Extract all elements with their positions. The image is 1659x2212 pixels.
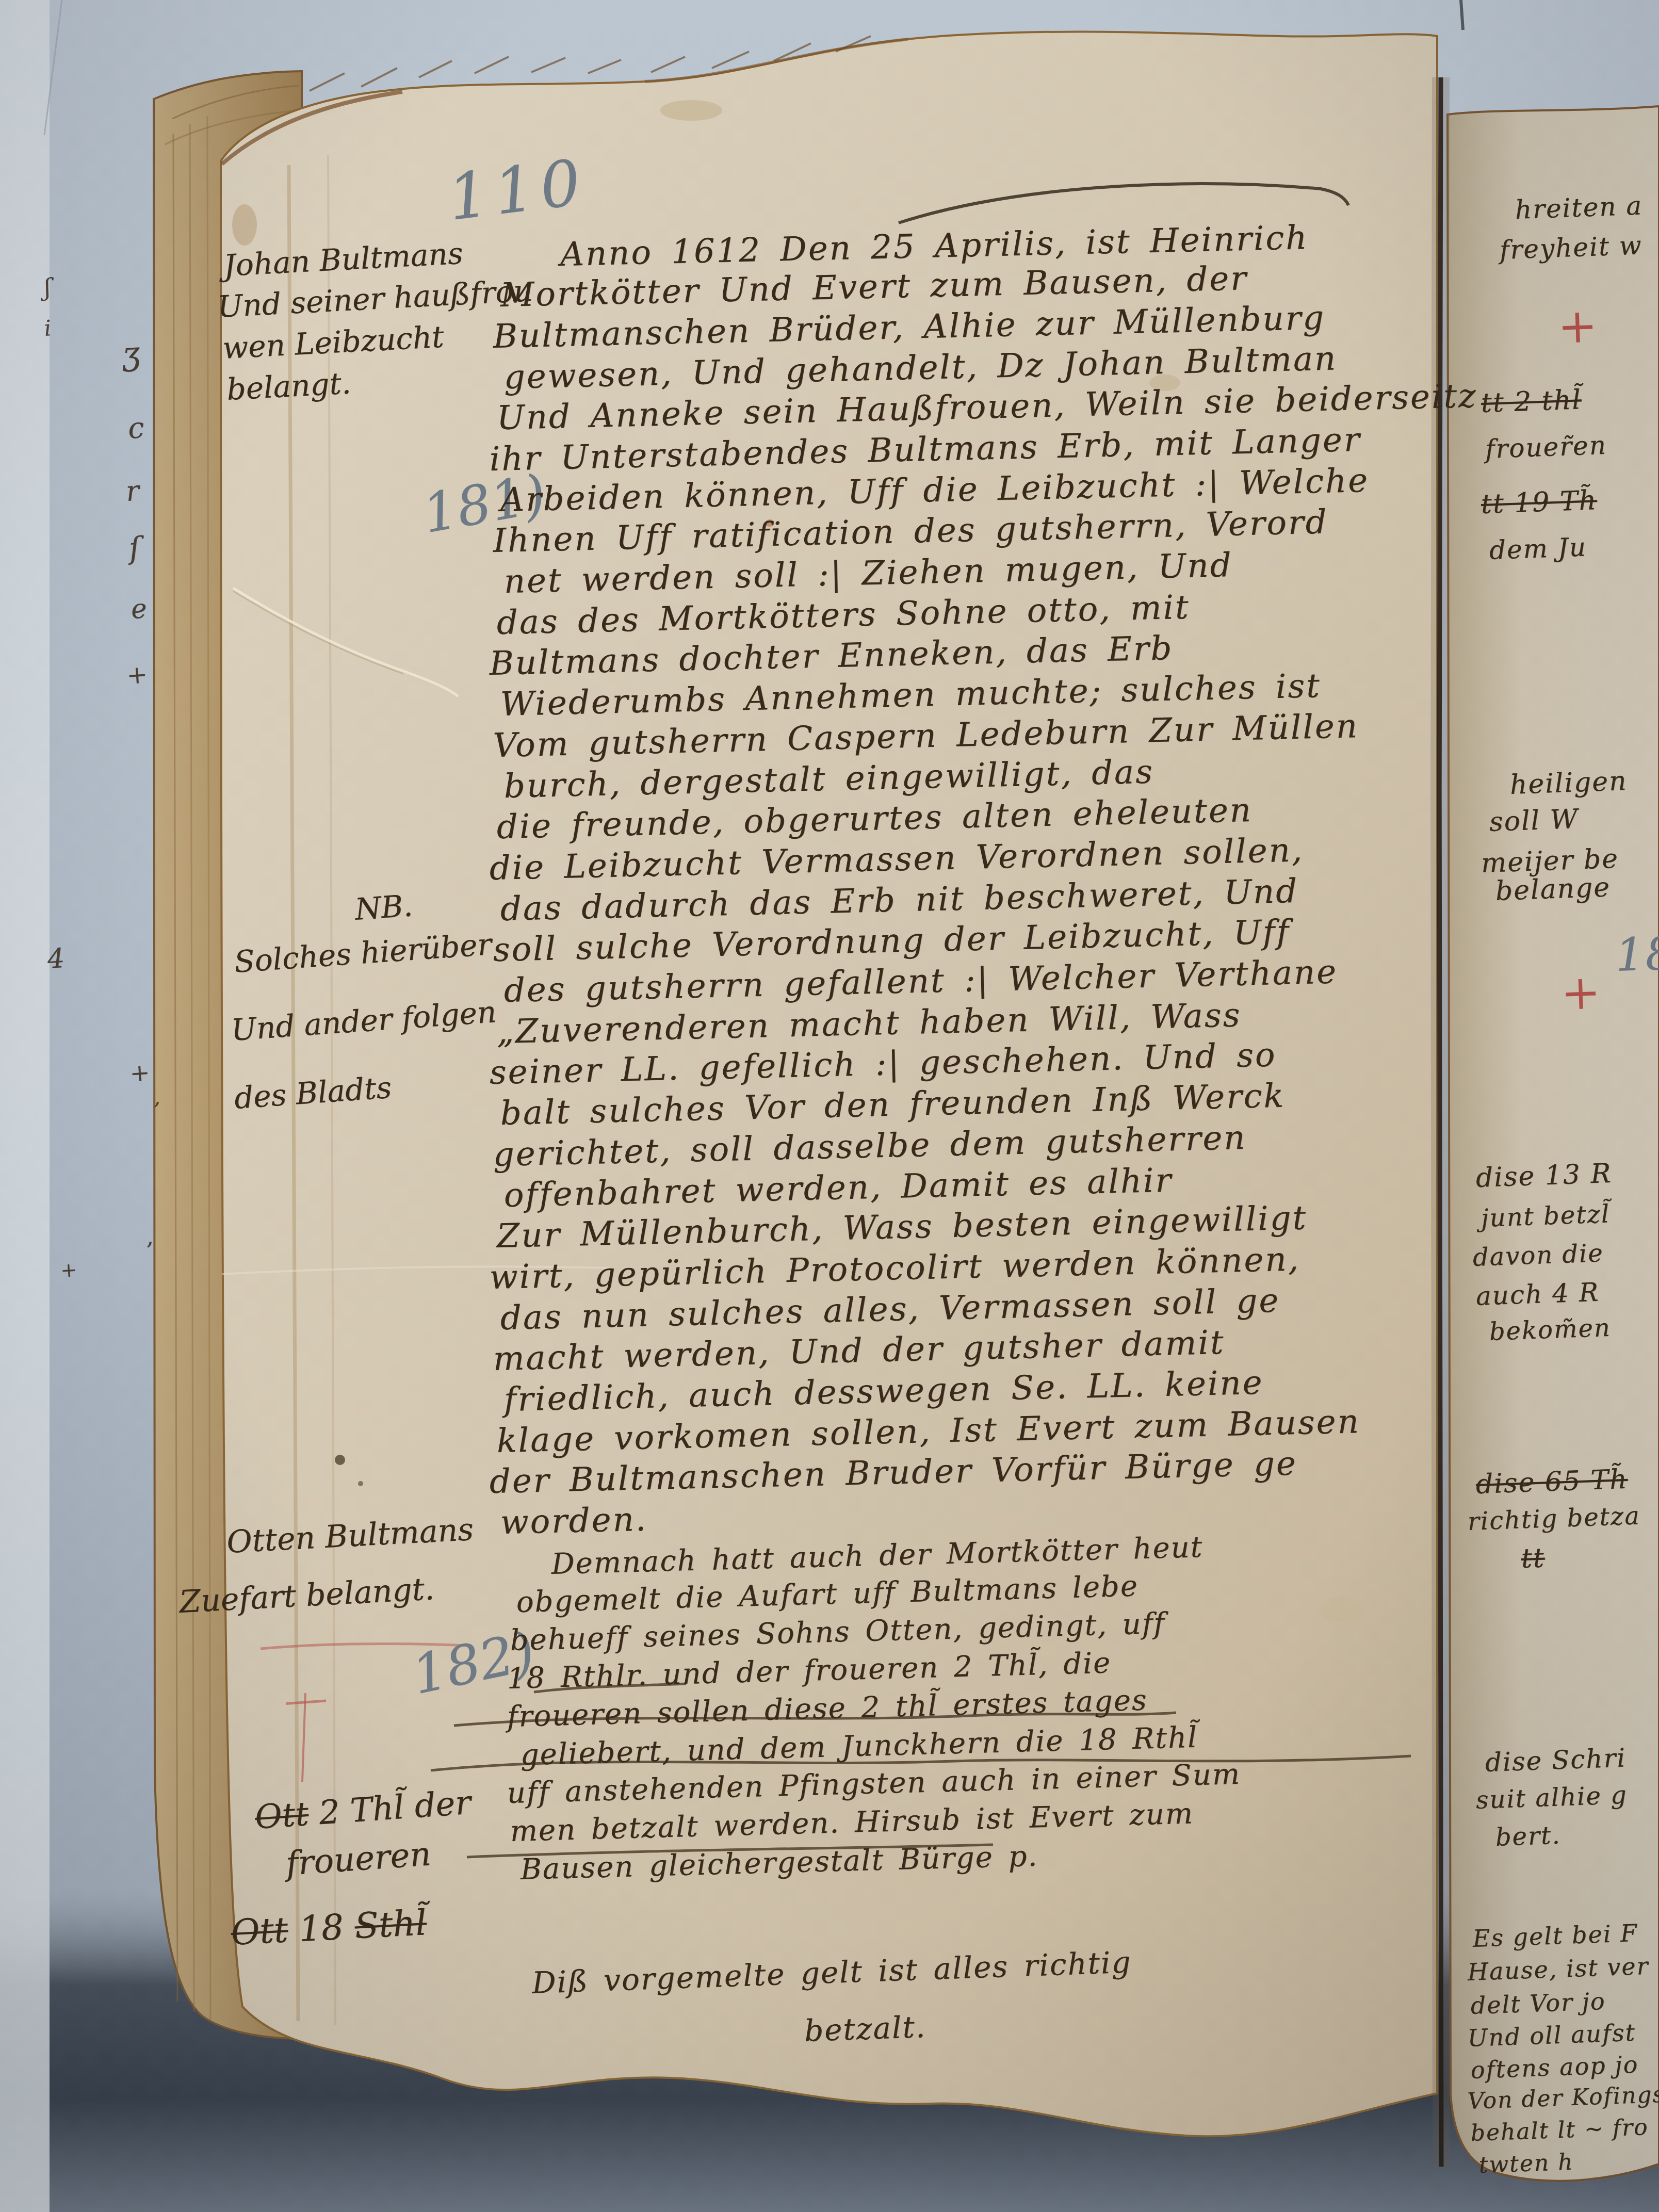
right-page-fragment: behalt lt ~ fro [1470, 2116, 1649, 2145]
fee-2-amount: 18 [287, 1906, 356, 1950]
fee-note-1-line2: froueren [285, 1837, 432, 1880]
edge-ink-mark: + [129, 1060, 151, 1085]
right-page-fragment: bert. [1495, 1823, 1561, 1850]
right-page-fragment: + [1557, 302, 1599, 351]
right-page-fragment: suit alhie g [1475, 1783, 1628, 1813]
edge-ink-mark: 4 [46, 945, 66, 973]
right-page-fragment: belange [1495, 874, 1611, 905]
closing-line: betzalt. [804, 2012, 926, 2046]
page-number-pencil: 110 [445, 150, 590, 230]
edge-ink-mark: ʃ [43, 275, 52, 299]
edge-ink-mark: e [130, 595, 148, 623]
right-page-fragment: dise 13 R [1475, 1160, 1612, 1192]
right-page-fragment: Von der Kofings [1467, 2084, 1659, 2113]
fee-1-struck: Ott [254, 1795, 310, 1837]
fee-2-struck2: Sthl̃ [354, 1902, 428, 1947]
fee-2-struck1: Ott [230, 1910, 289, 1954]
edge-ink-mark: , [153, 1087, 160, 1108]
edge-ink-mark: + [126, 662, 148, 688]
edge-ink-mark: ’ [145, 1240, 154, 1263]
right-page-fragment: + [1560, 968, 1602, 1017]
bookmark-thread [1461, 0, 1463, 30]
right-page-fragment: oftens aop jo [1470, 2053, 1639, 2082]
right-page-fragment: auch 4 R [1475, 1279, 1600, 1309]
edge-ink-mark: r [125, 477, 140, 506]
right-page-fragment: junt betzl̃ [1481, 1201, 1611, 1231]
right-page-fragment: frouer̃en [1485, 432, 1607, 462]
margin-note-top-line: belangt. [226, 368, 352, 404]
right-page-fragment: Es gelt bei F [1472, 1921, 1638, 1950]
edge-ink-mark: ſ [128, 533, 141, 563]
right-page-fragment: dise Schri [1485, 1745, 1627, 1776]
body-line: worden. [500, 1503, 648, 1539]
right-page-fragment: Und oll aufst [1467, 2021, 1636, 2050]
fee-note-2: Ott 18 Sthl̃ [230, 1906, 428, 1951]
right-page-fragment: 18 [1615, 931, 1659, 978]
margin-note-mid-line: NB. [354, 890, 414, 924]
right-page-fragment: delt Vor jo [1470, 1989, 1606, 2018]
right-page-fragment: tt [1521, 1544, 1546, 1572]
right-page-fragment: hreiten a [1515, 192, 1643, 223]
right-page-fragment: richtig betza [1467, 1503, 1641, 1534]
right-page-fragment: dem Ju [1489, 534, 1587, 563]
edge-ink-mark: + [60, 1260, 77, 1280]
edge-ink-mark: i [43, 317, 52, 339]
backdrop-left-strip [0, 0, 50, 2212]
right-page-fragment: Hause, ist ver [1467, 1954, 1649, 1984]
right-page-fragment: dise 65 Th̃ [1475, 1466, 1628, 1498]
right-page-fragment: heiligen [1509, 768, 1628, 799]
edge-ink-mark: ʒ [121, 337, 141, 370]
edge-ink-mark: c [127, 414, 145, 444]
right-page [1447, 106, 1659, 2181]
right-page-fragment: bekom̃en [1489, 1315, 1611, 1344]
manuscript-photo: 110 181) 182) Anno 1612 Den 25 Aprilis, … [0, 0, 1659, 2212]
right-page-fragment: freyheit w [1499, 232, 1642, 263]
right-page-fragment: davon die [1472, 1241, 1604, 1270]
right-page-fragment: twten h [1478, 2151, 1574, 2177]
right-page-fragment: soll W [1489, 806, 1579, 836]
right-page-fragment: tt 2 thl̃ [1481, 386, 1582, 417]
right-page-fragment: tt 19 Th̃ [1481, 487, 1598, 518]
